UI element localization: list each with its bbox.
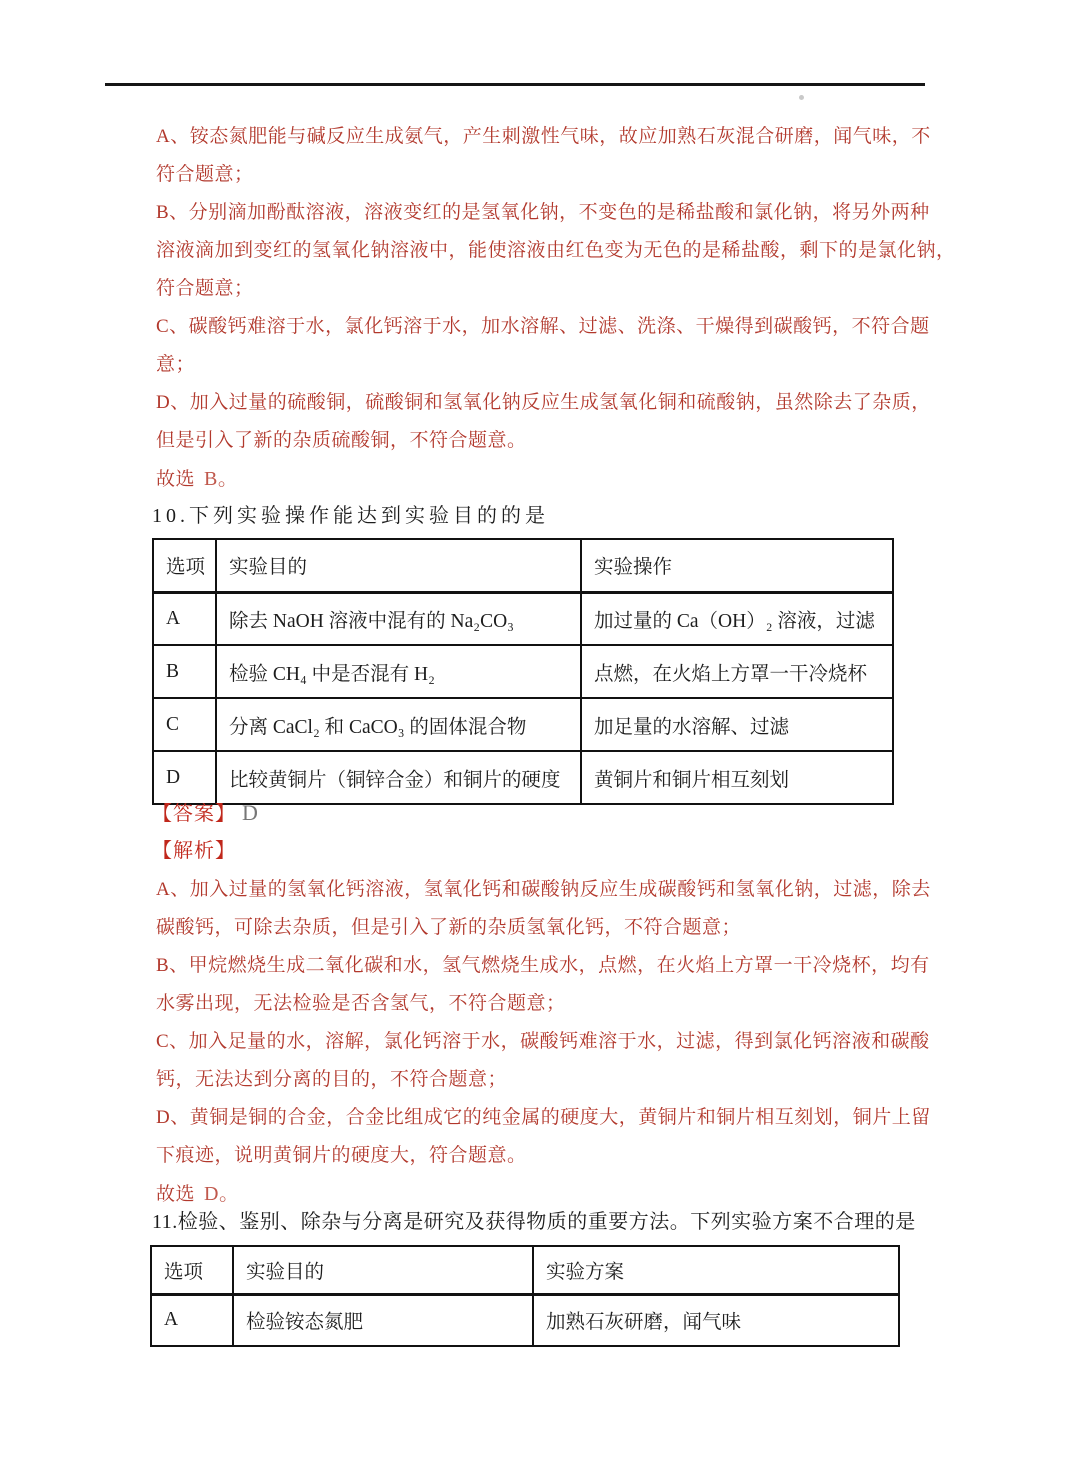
analysis-line: 水雾出现，无法检验是否含氢气，不符合题意； [156, 985, 931, 1023]
analysis-line: 符合题意； [156, 270, 956, 308]
analysis-line: D、黄铜是铜的合金，合金比组成它的纯金属的硬度大，黄铜片和铜片相互刻划，铜片上留 [156, 1099, 931, 1137]
analysis-label-line: 【解析】 [152, 834, 236, 868]
table-header-row: 选项 实验目的 实验方案 [151, 1246, 899, 1294]
analysis-line: C、加入足量的水，溶解，氯化钙溶于水，碳酸钙难溶于水，过滤，得到氯化钙溶液和碳酸 [156, 1023, 931, 1061]
cell-option: A [151, 1294, 233, 1346]
cell-purpose: 比较黄铜片（铜锌合金）和铜片的硬度 [216, 751, 581, 804]
analysis-line: D、加入过量的硫酸铜，硫酸铜和氢氧化钠反应生成氢氧化铜和硫酸钠，虽然除去了杂质， [156, 384, 956, 422]
q10-table: 选项 实验目的 实验操作 A 除去 NaOH 溶液中混有的 Na₂CO₃ 加过量… [152, 538, 894, 805]
analysis-line: 溶液滴加到变红的氢氧化钠溶液中，能使溶液由红色变为无色的是稀盐酸，剩下的是氯化钠… [156, 232, 956, 270]
header-cell-purpose: 实验目的 [216, 539, 581, 592]
scan-artifact-dot [799, 95, 804, 100]
header-cell-option: 选项 [153, 539, 216, 592]
header-cell-option: 选项 [151, 1246, 233, 1294]
conclusion-prefix: 故选 [156, 1184, 195, 1205]
header-cell-operation: 实验操作 [581, 539, 893, 592]
table-row: C 分离 CaCl₂ 和 CaCO₃ 的固体混合物 加足量的水溶解、过滤 [153, 698, 893, 751]
question-10-text: 10.下列实验操作能达到实验目的的是 [152, 497, 549, 535]
conclusion-answer: D。 [204, 1183, 239, 1205]
exam-answer-page: { "colors": { "analysis_red": "#b2382c",… [0, 0, 1080, 1463]
analysis-line: 钙，无法达到分离的目的，不符合题意； [156, 1061, 931, 1099]
table-row: D 比较黄铜片（铜锌合金）和铜片的硬度 黄铜片和铜片相互刻划 [153, 751, 893, 804]
q10-analysis-block: A、加入过量的氢氧化钙溶液，氢氧化钙和碳酸钠反应生成碳酸钙和氢氧化钠，过滤，除去… [156, 871, 931, 1213]
answer-line: 【答案】D [152, 796, 258, 830]
analysis-line: 但是引入了新的杂质硫酸铜，不符合题意。 [156, 422, 956, 460]
header-cell-purpose: 实验目的 [233, 1246, 533, 1294]
cell-operation: 点燃，在火焰上方罩一干冷烧杯 [581, 645, 893, 698]
cell-option: C [153, 698, 216, 751]
analysis-line: 意； [156, 346, 956, 384]
cell-option: B [153, 645, 216, 698]
cell-purpose: 分离 CaCl₂ 和 CaCO₃ 的固体混合物 [216, 698, 581, 751]
cell-option: A [153, 592, 216, 645]
table-row: B 检验 CH₄ 中是否混有 H₂ 点燃，在火焰上方罩一干冷烧杯 [153, 645, 893, 698]
cell-purpose: 除去 NaOH 溶液中混有的 Na₂CO₃ [216, 592, 581, 645]
analysis-line: B、分别滴加酚酞溶液，溶液变红的是氢氧化钠，不变色的是稀盐酸和氯化钠，将另外两种 [156, 194, 956, 232]
analysis-line: 碳酸钙，可除去杂质，但是引入了新的杂质氢氧化钙，不符合题意； [156, 909, 931, 947]
cell-operation: 黄铜片和铜片相互刻划 [581, 751, 893, 804]
analysis-line: C、碳酸钙难溶于水，氯化钙溶于水，加水溶解、过滤、洗涤、干燥得到碳酸钙，不符合题 [156, 308, 956, 346]
question-11-text: 11.检验、鉴别、除杂与分离是研究及获得物质的重要方法。下列实验方案不合理的是 [152, 1203, 916, 1241]
cell-plan: 加熟石灰研磨，闻气味 [533, 1294, 899, 1346]
conclusion-answer: B。 [204, 468, 238, 490]
table-header-row: 选项 实验目的 实验操作 [153, 539, 893, 592]
table-row: A 除去 NaOH 溶液中混有的 Na₂CO₃ 加过量的 Ca（OH）₂ 溶液，… [153, 592, 893, 645]
top-divider [105, 83, 925, 86]
header-cell-plan: 实验方案 [533, 1246, 899, 1294]
analysis-label: 【解析】 [152, 840, 236, 862]
conclusion-prefix: 故选 [156, 469, 195, 490]
cell-purpose: 检验铵态氮肥 [233, 1294, 533, 1346]
analysis-line: 下痕迹，说明黄铜片的硬度大，符合题意。 [156, 1137, 931, 1175]
table-row: A 检验铵态氮肥 加熟石灰研磨，闻气味 [151, 1294, 899, 1346]
answer-value: D [242, 800, 258, 825]
cell-operation: 加足量的水溶解、过滤 [581, 698, 893, 751]
analysis-line: A、铵态氮肥能与碱反应生成氨气，产生刺激性气味，故应加熟石灰混合研磨，闻气味，不 [156, 118, 956, 156]
cell-operation: 加过量的 Ca（OH）₂ 溶液，过滤 [581, 592, 893, 645]
q11-table: 选项 实验目的 实验方案 A 检验铵态氮肥 加熟石灰研磨，闻气味 [150, 1245, 900, 1347]
answer-label: 【答案】 [152, 803, 236, 825]
cell-purpose: 检验 CH₄ 中是否混有 H₂ [216, 645, 581, 698]
analysis-line: B、甲烷燃烧生成二氧化碳和水，氢气燃烧生成水，点燃，在火焰上方罩一干冷烧杯，均有 [156, 947, 931, 985]
conclusion-line: 故选B。 [156, 460, 956, 498]
analysis-line: 符合题意； [156, 156, 956, 194]
prev-question-analysis-block: A、铵态氮肥能与碱反应生成氨气，产生刺激性气味，故应加熟石灰混合研磨，闻气味，不… [156, 118, 956, 498]
analysis-line: A、加入过量的氢氧化钙溶液，氢氧化钙和碳酸钠反应生成碳酸钙和氢氧化钠，过滤，除去 [156, 871, 931, 909]
